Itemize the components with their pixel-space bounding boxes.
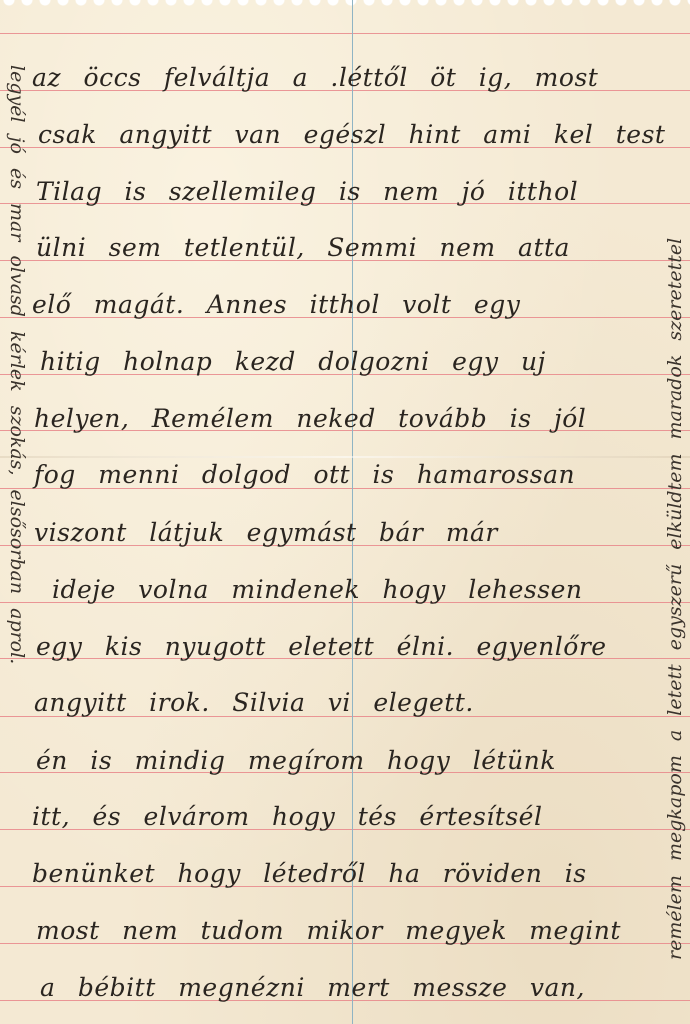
right-margin-note: remélem megkapom a letett egyszerű elkül… [660, 20, 690, 960]
letter-line-14: itt, és elvárom hogy tés értesítsél [32, 797, 662, 837]
letter-line-5: elő magát. Annes itthol volt egy [32, 285, 662, 325]
letter-line-10: ideje volna mindenek hogy lehessen [52, 570, 682, 610]
letter-line-7: helyen, Remélem neked tovább is jól [34, 399, 664, 439]
letter-line-17: a bébitt megnézni mert messze van, [40, 968, 670, 1008]
letter-line-4: ülni sem tetlentül, Semmi nem atta [36, 228, 666, 268]
letter-line-13: én is mindig megírom hogy létünk [36, 741, 666, 781]
letter-line-16: most nem tudom mikor megyek megint [36, 911, 666, 951]
letter-line-9: viszont látjuk egymást bár már [34, 513, 664, 553]
left-margin-note: legyél jó és mar olvasd kérlek szokás, e… [2, 65, 32, 995]
letter-page: az öccs felváltja a .léttől öt ig, most … [0, 0, 690, 1024]
ruled-line [0, 33, 690, 34]
letter-line-8: fog menni dolgod ott is hamarossan [34, 455, 664, 495]
letter-line-1: az öccs felváltja a .léttől öt ig, most [32, 58, 662, 98]
letter-line-12: angyitt irok. Silvia vi elegett. [34, 683, 664, 723]
letter-line-3: Tilag is szellemileg is nem jó itthol [36, 172, 666, 212]
letter-line-11: egy kis nyugott eletett élni. egyenlőre [36, 627, 666, 667]
letter-line-15: benünket hogy létedről ha röviden is [32, 854, 662, 894]
letter-line-2: csak angyitt van egészl hint ami kel tes… [38, 115, 668, 155]
perforated-top-edge [0, 0, 690, 8]
letter-line-6: hitig holnap kezd dolgozni egy uj [40, 342, 670, 382]
